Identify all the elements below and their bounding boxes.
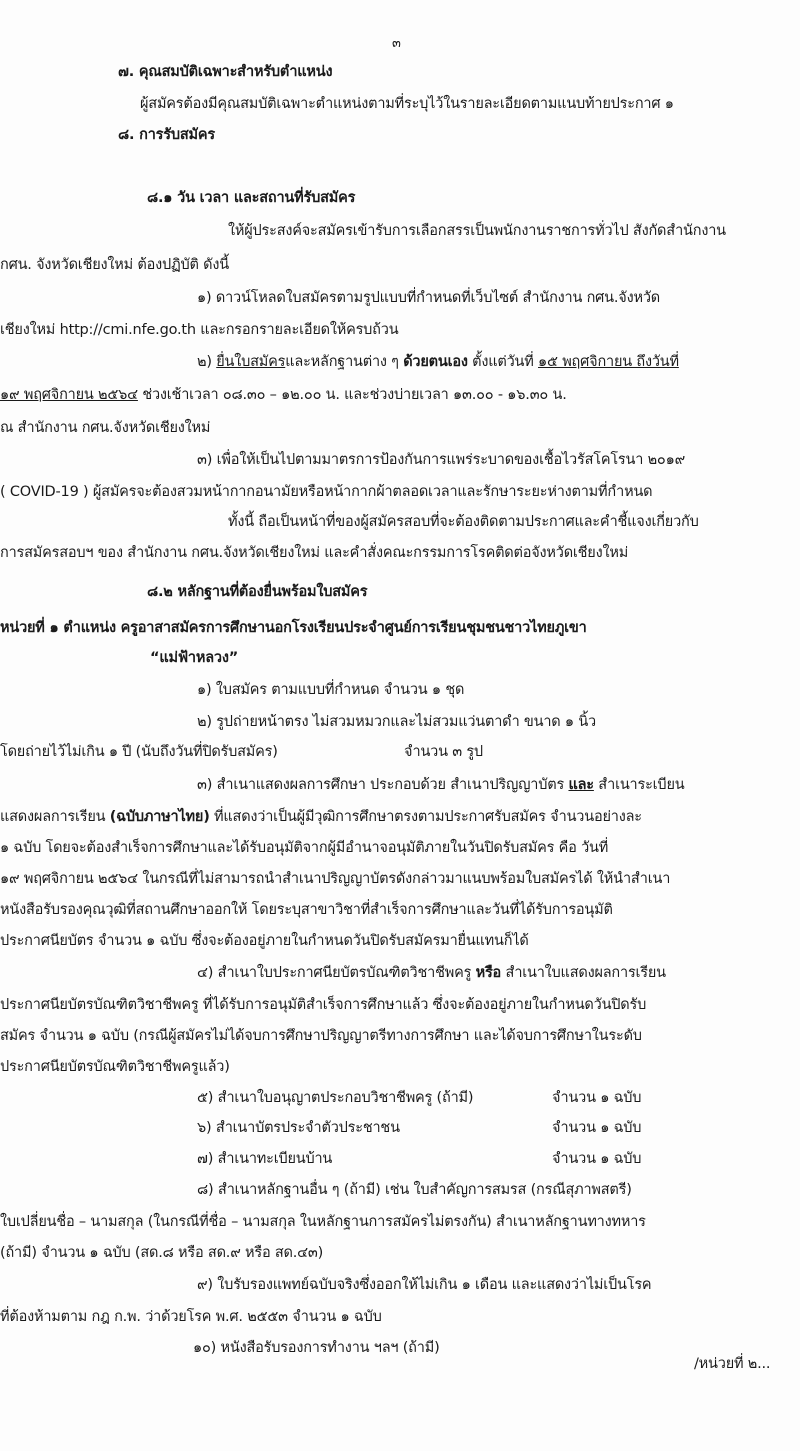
doc-3-line2: แสดงผลการเรียน (ฉบับภาษาไทย) ที่แสดงว่าเ…: [0, 807, 642, 827]
in-person-text: ด้วยตนเอง: [403, 354, 468, 370]
unit-1-title-line1: หน่วยที่ ๑ ตำแหน่ง ครูอาสาสมัครการศึกษาน…: [0, 618, 587, 638]
item-1-text-post: และกรอกรายละเอียดให้ครบถ้วน: [196, 322, 399, 338]
item-1-line1: ๑) ดาวน์โหลดใบสมัครตามรูปแบบที่กำหนดที่เ…: [197, 288, 660, 308]
and-text: และ: [568, 777, 593, 793]
page-number: ๓: [392, 34, 401, 54]
doc-3-line3: ๑ ฉบับ โดยจะต้องสำเร็จการศึกษาและได้รับอ…: [0, 838, 608, 858]
continuation-note: /หน่วยที่ ๒...: [694, 1354, 770, 1374]
doc-8-line1: ๘) สำเนาหลักฐานอื่น ๆ (ถ้ามี) เช่น ใบสำค…: [197, 1180, 632, 1200]
section-8-heading: ๘. การรับสมัคร: [118, 125, 215, 145]
item-2-text: และหลักฐานต่าง ๆ: [285, 354, 403, 370]
item-3-line1: ๓) เพื่อให้เป็นไปตามมาตรการป้องกันการแพร…: [197, 450, 685, 470]
section-8-1-heading: ๘.๑ วัน เวลา และสถานที่รับสมัคร: [147, 188, 355, 208]
note-line1: ทั้งนี้ ถือเป็นหน้าที่ของผู้สมัครสอบที่จ…: [228, 512, 699, 532]
doc-5-left: ๕) สำเนาใบอนุญาตประกอบวิชาชีพครู (ถ้ามี): [197, 1088, 473, 1108]
doc-3-line2-text: แสดงผลการเรียน: [0, 809, 110, 825]
document-page: ๓ ๗. คุณสมบัติเฉพาะสำหรับตำแหน่ง ผู้สมัค…: [0, 0, 800, 1451]
doc-2-line1: ๒) รูปถ่ายหน้าตรง ไม่สวมหมวกและไม่สวมแว่…: [197, 712, 596, 732]
section-8-1-intro-line2: กศน. จังหวัดเชียงใหม่ ต้องปฏิบัติ ดังนี้: [0, 255, 229, 275]
doc-3-text: ๓) สำเนาแสดงผลการศึกษา ประกอบด้วย สำเนาป…: [197, 777, 568, 793]
doc-9-line1: ๙) ใบรับรองแพทย์ฉบับจริงซึ่งออกให้ไม่เกิ…: [197, 1275, 651, 1295]
item-1-text: เชียงใหม่: [0, 322, 60, 338]
date-range-start: ๑๕ พฤศจิกายน ถึงวันที่: [538, 354, 679, 370]
or-text: หรือ: [476, 965, 501, 981]
doc-8-line3: (ถ้ามี) จำนวน ๑ ฉบับ (สด.๘ หรือ สด.๙ หรื…: [0, 1243, 323, 1263]
doc-4-line2: ประกาศนียบัตรบัณฑิตวิชาชีพครู ที่ได้รับก…: [0, 995, 646, 1015]
item-1-line2: เชียงใหม่ http://cmi.nfe.go.th และกรอกรา…: [0, 320, 398, 340]
item-2-line1: ๒) ยื่นใบสมัครและหลักฐานต่าง ๆ ด้วยตนเอง…: [197, 352, 679, 372]
doc-4-line1: ๔) สำเนาใบประกาศนียบัตรบัณฑิตวิชาชีพครู …: [197, 963, 666, 983]
item-2-number: ๒): [197, 354, 216, 370]
section-7-heading: ๗. คุณสมบัติเฉพาะสำหรับตำแหน่ง: [118, 62, 332, 82]
doc-3-text-post: สำเนาระเบียน: [594, 777, 685, 793]
doc-3-line1: ๓) สำเนาแสดงผลการศึกษา ประกอบด้วย สำเนาป…: [197, 775, 684, 795]
section-8-1-intro-line1: ให้ผู้ประสงค์จะสมัครเข้ารับการเลือกสรรเป…: [228, 221, 726, 241]
item-2-line3: ณ สำนักงาน กศน.จังหวัดเชียงใหม่: [0, 418, 210, 438]
item-3-line2: ( COVID-19 ) ผู้สมัครจะต้องสวมหน้ากากอนา…: [0, 482, 652, 502]
website-link[interactable]: http://cmi.nfe.go.th: [60, 322, 196, 338]
doc-3-line2-post: ที่แสดงว่าเป็นผู้มีวุฒิการศึกษาตรงตามประ…: [210, 809, 642, 825]
doc-5-right: จำนวน ๑ ฉบับ: [552, 1088, 641, 1108]
section-8-2-heading: ๘.๒ หลักฐานที่ต้องยื่นพร้อมใบสมัคร: [147, 582, 367, 602]
item-2-line2: ๑๙ พฤศจิกายน ๒๕๖๔ ช่วงเช้าเวลา ๐๘.๓๐ – ๑…: [0, 385, 567, 405]
date-range-end: ๑๙ พฤศจิกายน ๒๕๖๔: [0, 387, 138, 403]
unit-1-title-line2: “แม่ฟ้าหลวง”: [150, 648, 238, 668]
submit-application-text: ยื่นใบสมัคร: [216, 354, 285, 370]
doc-2-line2-left: โดยถ่ายไว้ไม่เกิน ๑ ปี (นับถึงวันที่ปิดร…: [0, 742, 278, 762]
doc-3-line6: ประกาศนียบัตร จำนวน ๑ ฉบับ ซึ่งจะต้องอยู…: [0, 931, 529, 951]
doc-4-text-post: สำเนาใบแสดงผลการเรียน: [501, 965, 666, 981]
thai-version-text: (ฉบับภาษาไทย): [110, 809, 210, 825]
doc-7-left: ๗) สำเนาทะเบียนบ้าน: [197, 1149, 332, 1169]
office-hours: ช่วงเช้าเวลา ๐๘.๓๐ – ๑๒.๐๐ น. และช่วงบ่า…: [138, 387, 567, 403]
doc-8-line2: ใบเปลี่ยนชื่อ – นามสกุล (ในกรณีที่ชื่อ –…: [0, 1212, 646, 1232]
doc-4-text: ๔) สำเนาใบประกาศนียบัตรบัณฑิตวิชาชีพครู: [197, 965, 476, 981]
doc-1: ๑) ใบสมัคร ตามแบบที่กำหนด จำนวน ๑ ชุด: [197, 680, 464, 700]
item-2-text-2: ตั้งแต่วันที่: [468, 354, 538, 370]
section-7-body: ผู้สมัครต้องมีคุณสมบัติเฉพาะตำแหน่งตามที…: [140, 94, 674, 114]
note-line2: การสมัครสอบฯ ของ สำนักงาน กศน.จังหวัดเชี…: [0, 543, 628, 563]
doc-6-right: จำนวน ๑ ฉบับ: [552, 1118, 641, 1138]
doc-7-right: จำนวน ๑ ฉบับ: [552, 1149, 641, 1169]
doc-9-line2: ที่ต้องห้ามตาม กฎ ก.พ. ว่าด้วยโรค พ.ศ. ๒…: [0, 1307, 382, 1327]
doc-3-line5: หนังสือรับรองคุณวุฒิที่สถานศึกษาออกให้ โ…: [0, 900, 613, 920]
doc-4-line4: ประกาศนียบัตรบัณฑิตวิชาชีพครูแล้ว): [0, 1057, 230, 1077]
doc-6-left: ๖) สำเนาบัตรประจำตัวประชาชน: [197, 1118, 400, 1138]
doc-3-line4: ๑๙ พฤศจิกายน ๒๕๖๔ ในกรณีที่ไม่สามารถนำสำ…: [0, 869, 670, 889]
doc-10: ๑๐) หนังสือรับรองการทำงาน ฯลฯ (ถ้ามี): [193, 1338, 440, 1358]
doc-4-line3: สมัคร จำนวน ๑ ฉบับ (กรณีผู้สมัครไม่ได้จบ…: [0, 1026, 642, 1046]
doc-2-line2-right: จำนวน ๓ รูป: [404, 742, 483, 762]
